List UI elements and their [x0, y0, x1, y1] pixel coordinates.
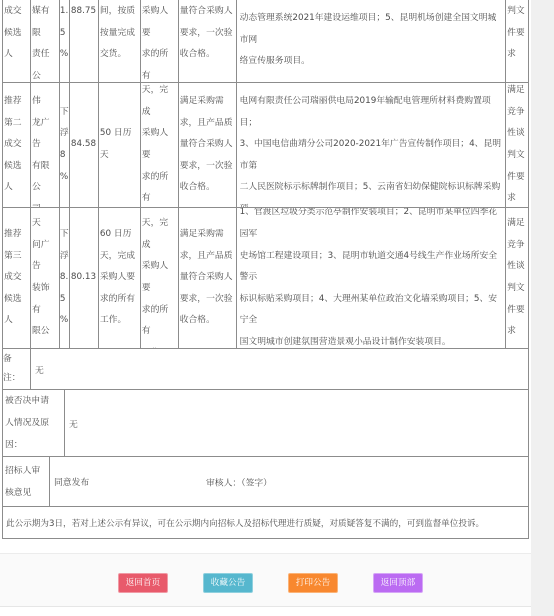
footer-strip [0, 607, 531, 616]
back-to-top-button[interactable]: 返回顶部 [373, 573, 423, 593]
publicity-period-notice: 此公示期为3日，若对上述公示有异议，可在公示期内向招标人及招标代理进行质疑，对质… [3, 507, 528, 538]
candidate-company: 媒有限 责任公 司 [31, 0, 60, 82]
candidate-performance: 1、官渡区垃圾分类示范亭制作安装项目；2、昆明市某单位四季花园军 史场馆工程建设… [237, 208, 506, 348]
candidate-company: 昆明伟 龙广告 有限公 司 [31, 83, 60, 207]
candidate-rank-label: 成交 候选 人 [3, 0, 31, 82]
candidate-score: 88.75 [70, 0, 99, 82]
candidate-quality: 量符合采购人 要求，一次验 收合格。 [179, 0, 237, 82]
candidate-delivery: 间，按质 按量完成 交货。 [99, 0, 141, 82]
table-row-candidate-3: 推荐 第三 成交 候选 人 昆明天 问广告 装饰有 限公司 下 浮 8. 5 %… [3, 208, 528, 349]
candidate-duration: 采购人要 求的所有 工作。 [141, 0, 179, 82]
candidate-rate: 下 浮 8. 5 % [60, 208, 70, 348]
candidate-response: 满足 竞争 性谈 判文 件要 求 [506, 83, 528, 207]
announcement-page: 成交 候选 人 媒有限 责任公 司 1. 5 % 88.75 间，按质 按量完成… [0, 0, 554, 616]
candidate-duration: 60 日历 天，完成 采购人要 求的所有 工作。 [141, 208, 179, 348]
tenderer-review-label: 招标人审 核意见 [3, 457, 50, 506]
candidate-rank-label: 推荐 第二 成交 候选 人 [3, 83, 31, 207]
candidate-response: 判文 件要 求 [506, 0, 528, 82]
page-right-margin [531, 0, 554, 616]
bottom-action-bar: 返回首页 收藏公告 打印公告 返回顶部 [0, 553, 531, 607]
candidate-rank-label: 推荐 第三 成交 候选 人 [3, 208, 31, 348]
candidate-duration: 50 日历 天，完成 采购人要 求的所有 工作。 [141, 83, 179, 207]
rejected-applicants-label: 被否决申请 人情况及原 因： [3, 390, 65, 456]
candidate-score: 80.13 [70, 208, 99, 348]
candidate-quality: 满足采购需 求，且产品质 量符合采购人 要求，一次验 收合格。 [179, 208, 237, 348]
favorite-announcement-button[interactable]: 收藏公告 [203, 573, 253, 593]
candidate-score: 84.58 [70, 83, 99, 207]
candidate-performance: 动态管理系统2021年建设运维项目；5、昆明机场创建全国文明城市网 络宣传服务项… [237, 0, 506, 82]
table-row-candidate-1: 成交 候选 人 媒有限 责任公 司 1. 5 % 88.75 间，按质 按量完成… [3, 0, 528, 83]
remark-value: 无 [31, 349, 528, 389]
table-row-tenderer-review: 招标人审 核意见 同意发布 审核人：（签字） [3, 457, 528, 507]
table-row-rejected-applicants: 被否决申请 人情况及原 因： 无 [3, 390, 528, 457]
tenderer-review-value: 同意发布 审核人：（签字） [50, 457, 528, 506]
bid-candidates-table: 成交 候选 人 媒有限 责任公 司 1. 5 % 88.75 间，按质 按量完成… [2, 0, 529, 539]
candidate-response: 满足 竞争 性谈 判文 件要 求 [506, 208, 528, 348]
table-row-candidate-2: 推荐 第二 成交 候选 人 昆明伟 龙广告 有限公 司 下 浮 8 % 84.5… [3, 83, 528, 208]
rejected-applicants-value: 无 [65, 390, 528, 456]
candidate-performance: 1、昆明市高速公路建设开发股份有限公司标识运用设计项目；2、云南 电网有限责任公… [237, 83, 506, 207]
review-approval-text: 同意发布 [54, 475, 89, 488]
remark-label: 备 注： [3, 349, 31, 389]
candidate-quality: 满足采购需 求，且产品质 量符合采购人 要求，一次验 收合格。 [179, 83, 237, 207]
back-home-button[interactable]: 返回首页 [118, 573, 168, 593]
table-row-remark: 备 注： 无 [3, 349, 528, 390]
print-announcement-button[interactable]: 打印公告 [288, 573, 338, 593]
candidate-delivery: 50 日历天 [99, 83, 141, 207]
candidate-rate: 1. 5 % [60, 0, 70, 82]
candidate-company: 昆明天 问广告 装饰有 限公司 [31, 208, 60, 348]
candidate-delivery: 60 日历 天，完成 采购人要 求的所有 工作。 [99, 208, 141, 348]
candidate-rate: 下 浮 8 % [60, 83, 70, 207]
reviewer-signature-text: 审核人：（签字） [206, 475, 272, 488]
